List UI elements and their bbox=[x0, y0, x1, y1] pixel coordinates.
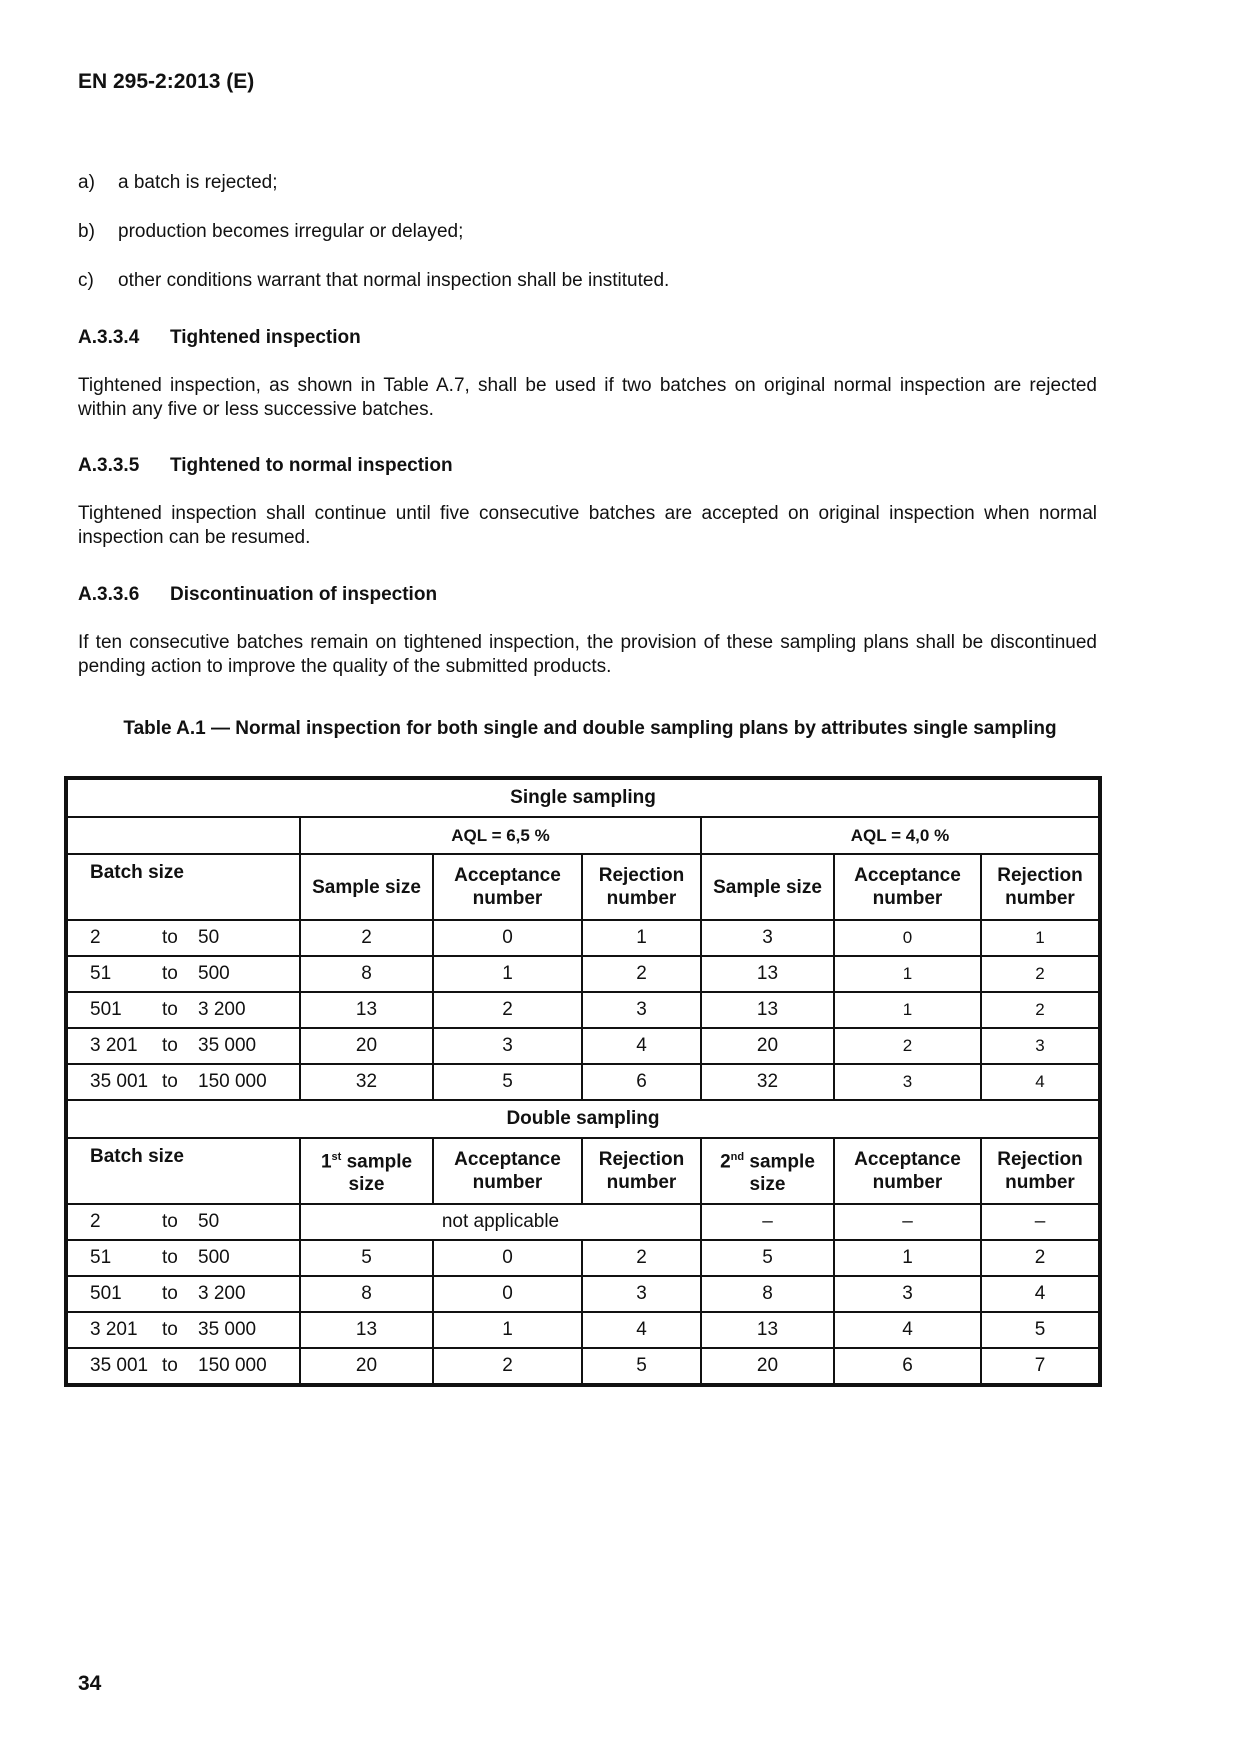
section-body: Tightened inspection shall continue unti… bbox=[78, 502, 1097, 550]
table-cell: 4 bbox=[834, 1312, 981, 1348]
list-label: b) bbox=[78, 221, 118, 243]
table-cell: 13 bbox=[300, 992, 433, 1028]
batch-from: 3 201 bbox=[90, 1319, 162, 1341]
table-cell: 0 bbox=[433, 1276, 582, 1312]
table-cell: 2 bbox=[981, 992, 1100, 1028]
section-heading: A.3.3.4Tightened inspection bbox=[78, 327, 361, 349]
header-text: 2 bbox=[720, 1151, 731, 1172]
table-cell: 2 bbox=[300, 920, 433, 956]
table-cell: 32 bbox=[701, 1064, 834, 1100]
batch-size-cell: 2to50 bbox=[66, 1204, 300, 1240]
table-cell: 3 bbox=[834, 1064, 981, 1100]
batch-size-cell: 3 201to35 000 bbox=[66, 1028, 300, 1064]
column-header: Rejection number bbox=[582, 854, 701, 920]
table-cell: 6 bbox=[582, 1064, 701, 1100]
table-row: 2to50201301 bbox=[66, 920, 1100, 956]
table-cell: 0 bbox=[433, 1240, 582, 1276]
empty-cell bbox=[66, 817, 300, 854]
table-row: 35 001to150 00020252067 bbox=[66, 1348, 1100, 1385]
page-number: 34 bbox=[78, 1672, 101, 1696]
table-title: Table A.1 — Normal inspection for both s… bbox=[100, 716, 1080, 741]
table-cell: 13 bbox=[300, 1312, 433, 1348]
list-text: other conditions warrant that normal ins… bbox=[118, 270, 669, 291]
table-cell: – bbox=[981, 1204, 1100, 1240]
table-cell: 1 bbox=[834, 992, 981, 1028]
header-sup: nd bbox=[731, 1151, 744, 1163]
list-label: a) bbox=[78, 172, 118, 194]
table-cell: 20 bbox=[300, 1028, 433, 1064]
column-header: Acceptance number bbox=[834, 854, 981, 920]
batch-from: 35 001 bbox=[90, 1355, 162, 1377]
table-row: 3 201to35 00013141345 bbox=[66, 1312, 1100, 1348]
column-header: Rejection number bbox=[582, 1138, 701, 1204]
table-cell: 2 bbox=[834, 1028, 981, 1064]
table-cell: 3 bbox=[701, 920, 834, 956]
aql-group-header: AQL = 6,5 % bbox=[300, 817, 701, 854]
list-item: c)other conditions warrant that normal i… bbox=[78, 270, 669, 292]
column-header: Acceptance number bbox=[433, 1138, 582, 1204]
table-cell: 5 bbox=[433, 1064, 582, 1100]
list-item: a)a batch is rejected; bbox=[78, 172, 277, 194]
batch-to: 3 200 bbox=[198, 999, 246, 1021]
table-cell: 8 bbox=[300, 956, 433, 992]
column-header: Acceptance number bbox=[834, 1138, 981, 1204]
list-text: a batch is rejected; bbox=[118, 172, 277, 193]
not-applicable-cell: not applicable bbox=[300, 1204, 701, 1240]
batch-from: 3 201 bbox=[90, 1035, 162, 1057]
batch-from: 35 001 bbox=[90, 1071, 162, 1093]
batch-to: 35 000 bbox=[198, 1035, 256, 1057]
aql-group-header: AQL = 4,0 % bbox=[701, 817, 1100, 854]
header-text: sample size bbox=[341, 1151, 412, 1195]
table-cell: 8 bbox=[701, 1276, 834, 1312]
double-sampling-heading: Double sampling bbox=[66, 1100, 1100, 1138]
section-number: A.3.3.4 bbox=[78, 327, 170, 349]
section-body: Tightened inspection, as shown in Table … bbox=[78, 374, 1097, 422]
table-cell: 13 bbox=[701, 956, 834, 992]
column-header: Batch size bbox=[66, 854, 300, 920]
single-sampling-heading: Single sampling bbox=[66, 778, 1100, 817]
batch-to-word: to bbox=[162, 963, 198, 985]
table-cell: 3 bbox=[582, 1276, 701, 1312]
table-cell: 1 bbox=[834, 1240, 981, 1276]
batch-to: 500 bbox=[198, 1247, 230, 1269]
table-cell: 1 bbox=[582, 920, 701, 956]
column-header: Rejection number bbox=[981, 1138, 1100, 1204]
table-row: 3 201to35 00020342023 bbox=[66, 1028, 1100, 1064]
table-cell: 2 bbox=[582, 1240, 701, 1276]
section-title: Tightened inspection bbox=[170, 327, 361, 348]
batch-to: 150 000 bbox=[198, 1355, 267, 1377]
list-label: c) bbox=[78, 270, 118, 292]
header-text: sample size bbox=[744, 1151, 815, 1195]
section-body: If ten consecutive batches remain on tig… bbox=[78, 631, 1097, 679]
batch-size-cell: 35 001to150 000 bbox=[66, 1348, 300, 1385]
table-cell: 32 bbox=[300, 1064, 433, 1100]
batch-from: 51 bbox=[90, 1247, 162, 1269]
batch-size-cell: 3 201to35 000 bbox=[66, 1312, 300, 1348]
table-cell: 0 bbox=[834, 920, 981, 956]
table-cell: 4 bbox=[981, 1276, 1100, 1312]
batch-to-word: to bbox=[162, 1355, 198, 1377]
column-header: Rejection number bbox=[981, 854, 1100, 920]
column-header: 2nd sample size bbox=[701, 1138, 834, 1204]
batch-to-word: to bbox=[162, 1071, 198, 1093]
table-cell: 20 bbox=[701, 1348, 834, 1385]
list-item: b)production becomes irregular or delaye… bbox=[78, 221, 463, 243]
batch-from: 501 bbox=[90, 999, 162, 1021]
batch-to-word: to bbox=[162, 1211, 198, 1233]
batch-to-word: to bbox=[162, 927, 198, 949]
table-cell: 3 bbox=[834, 1276, 981, 1312]
table-cell: 2 bbox=[582, 956, 701, 992]
batch-to: 50 bbox=[198, 1211, 219, 1233]
batch-size-cell: 51to500 bbox=[66, 1240, 300, 1276]
table-cell: 7 bbox=[981, 1348, 1100, 1385]
table-cell: 3 bbox=[582, 992, 701, 1028]
table-cell: 8 bbox=[300, 1276, 433, 1312]
table-row: 51to5008121312 bbox=[66, 956, 1100, 992]
sampling-table: Single sampling AQL = 6,5 % AQL = 4,0 % … bbox=[64, 776, 1102, 1387]
table-cell: 4 bbox=[582, 1028, 701, 1064]
header-text: 1 bbox=[321, 1151, 332, 1172]
table-cell: 20 bbox=[701, 1028, 834, 1064]
table-cell: 0 bbox=[433, 920, 582, 956]
table-cell: – bbox=[834, 1204, 981, 1240]
table-cell: 3 bbox=[981, 1028, 1100, 1064]
table-cell: 4 bbox=[981, 1064, 1100, 1100]
batch-size-cell: 501to3 200 bbox=[66, 992, 300, 1028]
table-row: 2to50 not applicable – – – bbox=[66, 1204, 1100, 1240]
batch-from: 501 bbox=[90, 1283, 162, 1305]
batch-to-word: to bbox=[162, 1035, 198, 1057]
batch-size-cell: 2to50 bbox=[66, 920, 300, 956]
column-header: 1st sample size bbox=[300, 1138, 433, 1204]
table-cell: 2 bbox=[981, 956, 1100, 992]
column-header: Acceptance number bbox=[433, 854, 582, 920]
batch-from: 2 bbox=[90, 1211, 162, 1233]
table-cell: 5 bbox=[701, 1240, 834, 1276]
table-cell: 6 bbox=[834, 1348, 981, 1385]
list-text: production becomes irregular or delayed; bbox=[118, 221, 463, 242]
document-id: EN 295-2:2013 (E) bbox=[78, 70, 254, 94]
table-row: 501to3 20013231312 bbox=[66, 992, 1100, 1028]
section-heading: A.3.3.6Discontinuation of inspection bbox=[78, 584, 437, 606]
batch-to-word: to bbox=[162, 1319, 198, 1341]
table-cell: – bbox=[701, 1204, 834, 1240]
batch-to: 150 000 bbox=[198, 1071, 267, 1093]
table-cell: 1 bbox=[981, 920, 1100, 956]
batch-to: 500 bbox=[198, 963, 230, 985]
section-title: Discontinuation of inspection bbox=[170, 584, 437, 605]
batch-to: 35 000 bbox=[198, 1319, 256, 1341]
table-cell: 2 bbox=[433, 992, 582, 1028]
section-title: Tightened to normal inspection bbox=[170, 455, 453, 476]
table-cell: 1 bbox=[834, 956, 981, 992]
table-cell: 3 bbox=[433, 1028, 582, 1064]
batch-size-cell: 51to500 bbox=[66, 956, 300, 992]
table-row: 35 001to150 00032563234 bbox=[66, 1064, 1100, 1100]
table-cell: 13 bbox=[701, 1312, 834, 1348]
batch-to: 3 200 bbox=[198, 1283, 246, 1305]
batch-to-word: to bbox=[162, 999, 198, 1021]
batch-from: 2 bbox=[90, 927, 162, 949]
table-row: 51to500502512 bbox=[66, 1240, 1100, 1276]
table-cell: 1 bbox=[433, 956, 582, 992]
table-cell: 4 bbox=[582, 1312, 701, 1348]
batch-to: 50 bbox=[198, 927, 219, 949]
table-row: 501to3 200803834 bbox=[66, 1276, 1100, 1312]
table-cell: 2 bbox=[981, 1240, 1100, 1276]
batch-from: 51 bbox=[90, 963, 162, 985]
table-cell: 13 bbox=[701, 992, 834, 1028]
table-cell: 2 bbox=[433, 1348, 582, 1385]
batch-to-word: to bbox=[162, 1247, 198, 1269]
batch-size-cell: 35 001to150 000 bbox=[66, 1064, 300, 1100]
table-cell: 5 bbox=[981, 1312, 1100, 1348]
header-sup: st bbox=[332, 1151, 342, 1163]
section-number: A.3.3.6 bbox=[78, 584, 170, 606]
batch-size-cell: 501to3 200 bbox=[66, 1276, 300, 1312]
section-heading: A.3.3.5Tightened to normal inspection bbox=[78, 455, 453, 477]
table-cell: 20 bbox=[300, 1348, 433, 1385]
section-number: A.3.3.5 bbox=[78, 455, 170, 477]
column-header: Batch size bbox=[66, 1138, 300, 1204]
column-header: Sample size bbox=[300, 854, 433, 920]
table-cell: 1 bbox=[433, 1312, 582, 1348]
batch-to-word: to bbox=[162, 1283, 198, 1305]
table-cell: 5 bbox=[300, 1240, 433, 1276]
column-header: Sample size bbox=[701, 854, 834, 920]
table-cell: 5 bbox=[582, 1348, 701, 1385]
